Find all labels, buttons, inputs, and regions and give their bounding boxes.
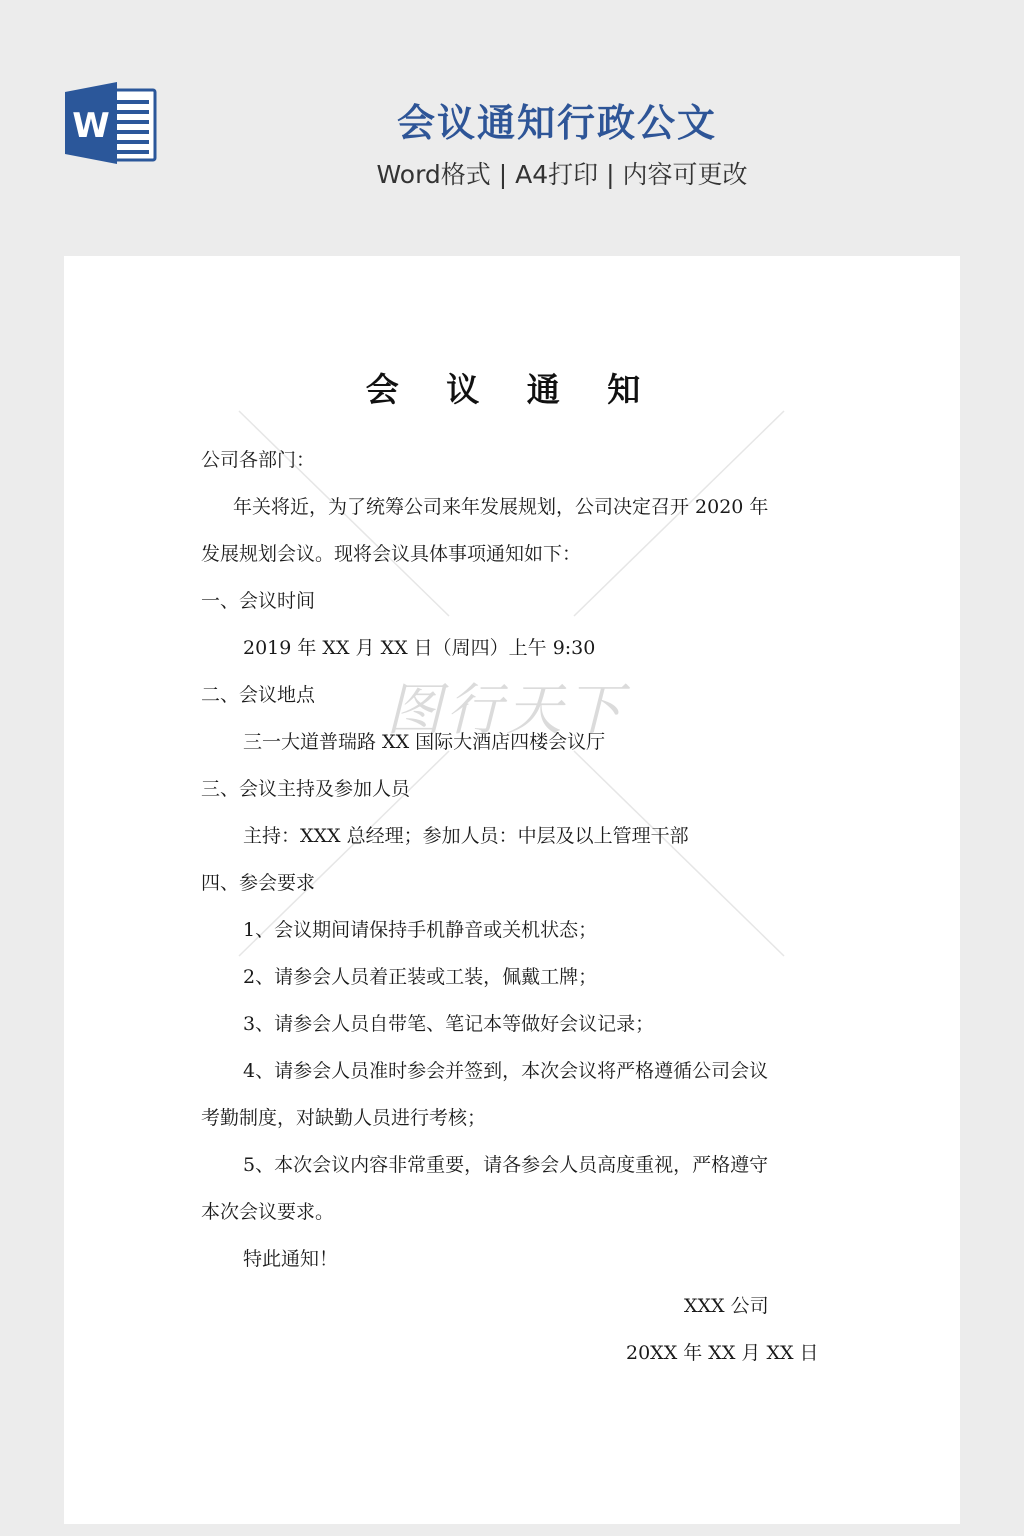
- closing-text: 特此通知！: [243, 1245, 338, 1273]
- header-subtitle: Word格式 | A4打印 | 内容可更改: [0, 155, 1024, 191]
- section-heading-requirements: 四、参会要求: [201, 869, 315, 897]
- section-content-location: 三一大道普瑞路 XX 国际大酒店四楼会议厅: [243, 728, 605, 756]
- requirement-item-5: 5、本次会议内容非常重要，请各参会人员高度重视，严格遵守: [243, 1151, 768, 1179]
- document-page: 图行天下 会 议 通 知 公司各部门： 年关将近，为了统筹公司来年发展规划，公司…: [64, 256, 960, 1524]
- requirement-item-2: 2、请参会人员着正装或工装，佩戴工牌；: [243, 963, 597, 991]
- section-heading-time: 一、会议时间: [201, 587, 315, 615]
- section-heading-attendees: 三、会议主持及参加人员: [201, 775, 410, 803]
- requirement-item-4-cont: 考勤制度，对缺勤人员进行考核；: [201, 1104, 486, 1132]
- signature-date: 20XX 年 XX 月 XX 日: [626, 1339, 819, 1367]
- requirement-item-4: 4、请参会人员准时参会并签到，本次会议将严格遵循公司会议: [243, 1057, 768, 1085]
- intro-line-1: 年关将近，为了统筹公司来年发展规划，公司决定召开 2020 年: [233, 493, 768, 521]
- requirement-item-3: 3、请参会人员自带笔、笔记本等做好会议记录；: [243, 1010, 654, 1038]
- document-title: 会 议 通 知: [201, 364, 823, 411]
- section-content-attendees: 主持：XXX 总经理；参加人员：中层及以上管理干部: [243, 822, 689, 850]
- requirement-item-1: 1、会议期间请保持手机静音或关机状态；: [243, 916, 597, 944]
- requirement-item-5-cont: 本次会议要求。: [201, 1198, 334, 1226]
- signature-company: XXX 公司: [684, 1292, 769, 1320]
- header-title: 会议通知行政公文: [0, 92, 1024, 147]
- section-content-time: 2019 年 XX 月 XX 日（周四）上午 9:30: [243, 634, 595, 662]
- header: W 会议通知行政公文 Word格式 | A4打印 | 内容可更改: [0, 0, 1024, 256]
- watermark-lines: [64, 256, 960, 1524]
- intro-line-2: 发展规划会议。现将会议具体事项通知如下：: [201, 540, 581, 568]
- salutation: 公司各部门：: [201, 446, 315, 474]
- section-heading-location: 二、会议地点: [201, 681, 315, 709]
